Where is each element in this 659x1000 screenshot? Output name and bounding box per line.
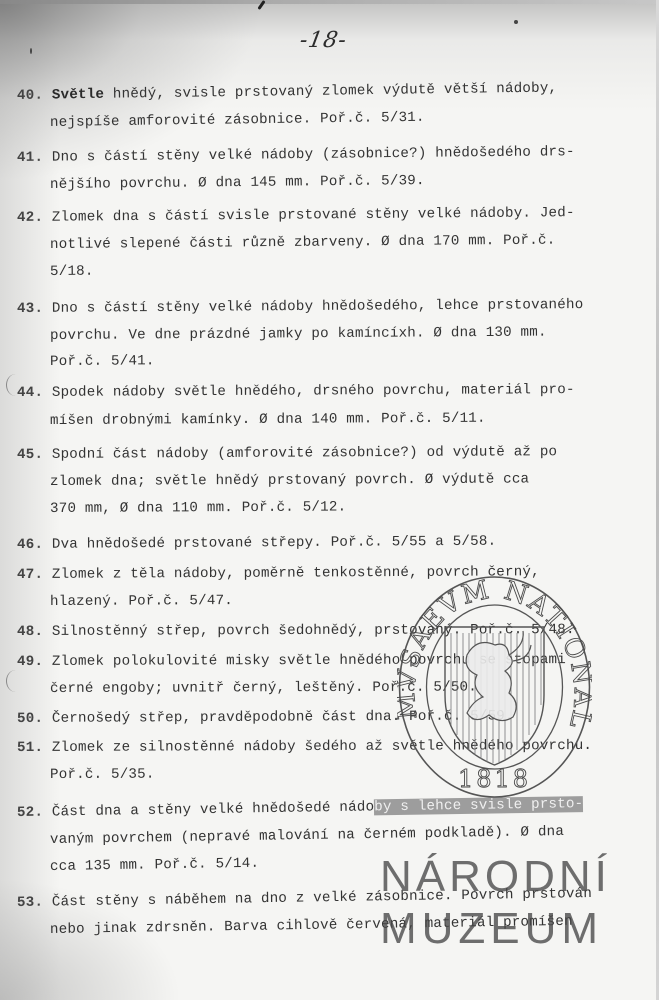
- entry-number: 53.: [17, 894, 52, 911]
- entry-text: cca 135 mm. Poř.č. 5/14.: [50, 856, 259, 875]
- entry-first-line: 44. Spodek nádoby světle hnědého, drsnéh…: [17, 382, 575, 401]
- entry-list: 40. Světle hnědý, svisle prstovaný zlome…: [0, 0, 659, 1000]
- svg-text:1818: 1818: [458, 765, 531, 793]
- entry-number: 47.: [17, 567, 52, 583]
- entry-continuation-line: nejspíše amforovité zásobnice. Poř.č. 5/…: [50, 110, 425, 131]
- entry-text: vaným povrchem (nepravé malování na čern…: [50, 824, 564, 848]
- entry-continuation-line: míšen drobnými kamínky. Ø dna 140 mm. Po…: [50, 411, 486, 429]
- entry-text: notlivé slepené části různě zbarveny. Ø …: [50, 233, 556, 253]
- entry-number: 51.: [17, 740, 52, 756]
- entry-first-line: 45. Spodní část nádoby (amforovité zásob…: [17, 444, 557, 463]
- entry-text: 5/18.: [50, 264, 94, 280]
- entry-number: 46.: [17, 537, 52, 553]
- scanned-page: -18- 40. Světle hnědý, svisle prstovaný …: [0, 0, 659, 1000]
- entry-text: Dno s částí stěny velké nádoby hnědošedé…: [52, 297, 584, 317]
- entry-text: míšen drobnými kamínky. Ø dna 140 mm. Po…: [50, 411, 486, 429]
- entry-continuation-line: hlazený. Poř.č. 5/47.: [50, 593, 233, 610]
- entry-text: povrchu. Ve dne prázdné jamky po kamíncí…: [50, 325, 547, 344]
- museum-stamp: MVSAEVM NATIONALE 1818: [397, 575, 592, 800]
- entry-continuation-line: 370 mm, Ø dna 110 mm. Poř.č. 5/12.: [50, 499, 346, 517]
- entry-continuation-line: cca 135 mm. Poř.č. 5/14.: [50, 856, 259, 875]
- entry-number: 52.: [17, 804, 52, 821]
- entry-number: 41.: [17, 150, 52, 166]
- entry-continuation-line: Poř.č. 5/41.: [50, 353, 155, 370]
- entry-number: 43.: [17, 301, 52, 317]
- entry-number: 40.: [17, 88, 52, 104]
- entry-continuation-line: povrchu. Ve dne prázdné jamky po kamíncí…: [50, 325, 547, 344]
- entry-text: Poř.č. 5/35.: [50, 767, 155, 783]
- entry-text: Dno s částí stěny velké nádoby (zásobnic…: [52, 144, 575, 165]
- entry-continuation-line: nějšího povrchu. Ø dna 145 mm. Poř.č. 5/…: [50, 173, 425, 193]
- entry-first-line: 46. Dva hnědošedé prstované střepy. Poř.…: [17, 534, 496, 553]
- watermark-narodni: NÁRODNÍ: [380, 852, 611, 902]
- entry-continuation-line: zlomek dna; světle hnědý prstovaný povrc…: [50, 471, 529, 490]
- entry-number: 50.: [17, 711, 52, 727]
- entry-text: Dva hnědošedé prstované střepy. Poř.č. 5…: [52, 534, 497, 553]
- entry-continuation-line: 5/18.: [50, 264, 94, 280]
- entry-number: 45.: [17, 447, 52, 463]
- entry-text: Část dna a stěny velké hnědošedé nádo: [52, 799, 375, 820]
- entry-text-bold: Světle: [52, 87, 113, 104]
- entry-number: 48.: [17, 624, 52, 640]
- entry-text: Zlomek dna s částí svisle prstované stěn…: [52, 205, 575, 226]
- entry-text: Poř.č. 5/41.: [50, 353, 155, 370]
- entry-first-line: 41. Dno s částí stěny velké nádoby (záso…: [17, 144, 575, 166]
- entry-text: Spodní část nádoby (amforovité zásobnice…: [52, 444, 557, 463]
- entry-text: nejspíše amforovité zásobnice. Poř.č. 5/…: [50, 110, 425, 131]
- entry-first-line: 43. Dno s částí stěny velké nádoby hnědo…: [17, 297, 584, 317]
- entry-number: 44.: [17, 385, 52, 401]
- entry-text: hlazený. Poř.č. 5/47.: [50, 593, 233, 610]
- entry-text: Spodek nádoby světle hnědého, drsného po…: [52, 382, 575, 401]
- entry-continuation-line: notlivé slepené části různě zbarveny. Ø …: [50, 233, 556, 253]
- entry-number: 42.: [17, 210, 52, 226]
- entry-text: hnědý, svisle prstovaný zlomek výdutě vě…: [113, 80, 558, 102]
- entry-number: 49.: [17, 654, 52, 670]
- entry-first-line: 40. Světle hnědý, svisle prstovaný zlome…: [17, 80, 557, 104]
- entry-continuation-line: vaným povrchem (nepravé malování na čern…: [50, 824, 564, 848]
- entry-text: nějšího povrchu. Ø dna 145 mm. Poř.č. 5/…: [50, 173, 425, 193]
- entry-text: zlomek dna; světle hnědý prstovaný povrc…: [50, 471, 529, 490]
- watermark-muzeum: MUZEUM: [380, 904, 603, 954]
- entry-first-line: 42. Zlomek dna s částí svisle prstované …: [17, 205, 575, 226]
- entry-text: 370 mm, Ø dna 110 mm. Poř.č. 5/12.: [50, 499, 346, 517]
- entry-continuation-line: Poř.č. 5/35.: [50, 767, 155, 783]
